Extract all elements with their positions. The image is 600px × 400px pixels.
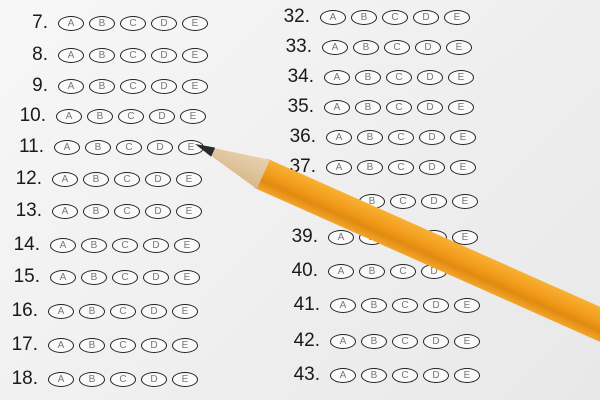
question-row: 32.ABCDE (262, 6, 475, 28)
answer-bubble-e[interactable]: E (450, 160, 476, 175)
answer-bubble-d[interactable]: D (421, 194, 447, 209)
question-number: 39. (270, 226, 318, 248)
question-number: 15. (0, 266, 40, 288)
answer-bubble-b[interactable]: B (83, 204, 109, 219)
answer-bubble-d[interactable]: D (143, 238, 169, 253)
answer-bubble-b[interactable]: B (79, 304, 105, 319)
answer-bubble-d[interactable]: D (145, 204, 171, 219)
answer-bubble-e[interactable]: E (448, 70, 474, 85)
answer-bubble-b[interactable]: B (355, 70, 381, 85)
answer-bubble-c[interactable]: C (390, 194, 416, 209)
answer-bubble-a[interactable]: A (330, 368, 356, 383)
question-row: 35.ABCDE (266, 96, 479, 118)
question-number: 12. (0, 168, 42, 190)
question-row: 42.ABCDE (272, 330, 485, 352)
answer-bubble-c[interactable]: C (384, 40, 410, 55)
answer-bubble-e[interactable]: E (452, 194, 478, 209)
question-number: 34. (266, 66, 314, 88)
answer-bubble-d[interactable]: D (419, 160, 445, 175)
answer-bubble-d[interactable]: D (141, 304, 167, 319)
answer-bubble-b[interactable]: B (89, 79, 115, 94)
answer-bubble-b[interactable]: B (351, 10, 377, 25)
answer-bubble-e[interactable]: E (172, 372, 198, 387)
answer-bubble-d[interactable]: D (413, 10, 439, 25)
question-number: 14. (0, 234, 40, 256)
answer-bubble-c[interactable]: C (392, 368, 418, 383)
answer-bubble-e[interactable]: E (444, 10, 470, 25)
answer-bubble-d[interactable]: D (149, 109, 175, 124)
answer-bubble-d[interactable]: D (151, 48, 177, 63)
answer-bubble-c[interactable]: C (120, 48, 146, 63)
question-number: 18. (0, 368, 38, 390)
answer-bubble-b[interactable]: B (85, 140, 111, 155)
answer-bubble-e[interactable]: E (182, 79, 208, 94)
answer-bubble-e[interactable]: E (174, 238, 200, 253)
question-row: 12.ABCDE (0, 168, 207, 190)
answer-bubble-d[interactable]: D (141, 372, 167, 387)
answer-bubble-e[interactable]: E (180, 109, 206, 124)
answer-bubble-a[interactable]: A (58, 48, 84, 63)
answer-bubble-b[interactable]: B (361, 368, 387, 383)
question-number: 10. (0, 105, 46, 127)
question-number: 43. (272, 364, 320, 386)
answer-bubble-e[interactable]: E (182, 16, 208, 31)
answer-bubble-e[interactable]: E (446, 40, 472, 55)
answer-bubble-e[interactable]: E (454, 334, 480, 349)
answer-bubble-c[interactable]: C (114, 172, 140, 187)
answer-bubble-b[interactable]: B (79, 372, 105, 387)
answer-bubble-c[interactable]: C (382, 10, 408, 25)
answer-bubble-c[interactable]: C (392, 298, 418, 313)
answer-bubble-d[interactable]: D (423, 368, 449, 383)
answer-bubble-a[interactable]: A (330, 298, 356, 313)
question-row: 41.ABCDE (272, 294, 485, 316)
answer-bubble-e[interactable]: E (172, 304, 198, 319)
question-number: 11. (0, 136, 44, 158)
answer-bubble-e[interactable]: E (454, 298, 480, 313)
answer-bubble-d[interactable]: D (141, 338, 167, 353)
answer-bubble-c[interactable]: C (120, 16, 146, 31)
answer-bubble-a[interactable]: A (48, 372, 74, 387)
question-number: 32. (262, 6, 310, 28)
answer-bubble-a[interactable]: A (48, 304, 74, 319)
answer-bubble-e[interactable]: E (176, 172, 202, 187)
question-number: 40. (270, 260, 318, 282)
answer-bubble-b[interactable]: B (357, 160, 383, 175)
answer-bubble-b[interactable]: B (359, 264, 385, 279)
question-row: 15.ABCDE (0, 266, 205, 288)
question-row: 14.ABCDE (0, 234, 205, 256)
question-row: 11.ABCDE (0, 136, 209, 158)
answer-bubble-b[interactable]: B (87, 109, 113, 124)
question-row: 10.ABCDE (0, 105, 211, 127)
answer-bubble-e[interactable]: E (448, 100, 474, 115)
answer-bubble-a[interactable]: A (50, 238, 76, 253)
question-row: 8.ABCDE (0, 44, 213, 66)
question-row: 18.ABCDE (0, 368, 203, 390)
answer-bubble-a[interactable]: A (330, 334, 356, 349)
answer-bubble-a[interactable]: A (326, 160, 352, 175)
answer-bubble-b[interactable]: B (89, 16, 115, 31)
answer-bubble-a[interactable]: A (52, 204, 78, 219)
answer-bubble-a[interactable]: A (50, 270, 76, 285)
answer-bubble-a[interactable]: A (328, 264, 354, 279)
question-number: 16. (0, 300, 38, 322)
answer-bubble-e[interactable]: E (172, 338, 198, 353)
answer-bubble-d[interactable]: D (415, 40, 441, 55)
answer-bubble-c[interactable]: C (118, 109, 144, 124)
answer-bubble-b[interactable]: B (357, 130, 383, 145)
question-row: 9.ABCDE (0, 75, 213, 97)
answer-bubble-b[interactable]: B (83, 172, 109, 187)
question-row: 34.ABCDE (266, 66, 479, 88)
answer-bubble-c[interactable]: C (114, 204, 140, 219)
question-number: 9. (0, 75, 48, 97)
question-number: 36. (268, 126, 316, 148)
answer-bubble-a[interactable]: A (58, 79, 84, 94)
answer-bubble-c[interactable]: C (388, 160, 414, 175)
answer-bubble-b[interactable]: B (81, 238, 107, 253)
pencil-lead (193, 139, 215, 156)
answer-bubble-d[interactable]: D (151, 16, 177, 31)
answer-bubble-c[interactable]: C (390, 264, 416, 279)
question-number: 7. (0, 12, 48, 34)
question-row: 33.ABCDE (264, 36, 477, 58)
question-number: 41. (272, 294, 320, 316)
answer-bubble-b[interactable]: B (79, 338, 105, 353)
answer-bubble-e[interactable]: E (454, 368, 480, 383)
answer-bubble-b[interactable]: B (353, 40, 379, 55)
answer-bubble-b[interactable]: B (81, 270, 107, 285)
answer-bubble-c[interactable]: C (110, 338, 136, 353)
answer-bubble-a[interactable]: A (324, 100, 350, 115)
question-number: 35. (266, 96, 314, 118)
answer-bubble-b[interactable]: B (355, 100, 381, 115)
answer-bubble-a[interactable]: A (320, 10, 346, 25)
answer-bubble-d[interactable]: D (417, 100, 443, 115)
answer-bubble-e[interactable]: E (450, 130, 476, 145)
answer-bubble-a[interactable]: A (328, 230, 354, 245)
answer-bubble-c[interactable]: C (112, 238, 138, 253)
answer-bubble-d[interactable]: D (417, 70, 443, 85)
answer-bubble-d[interactable]: D (423, 298, 449, 313)
answer-bubble-d[interactable]: D (423, 334, 449, 349)
answer-bubble-a[interactable]: A (324, 70, 350, 85)
answer-bubble-c[interactable]: C (116, 140, 142, 155)
question-number: 13. (0, 200, 42, 222)
answer-bubble-a[interactable]: A (48, 338, 74, 353)
question-row: 36.ABCDE (268, 126, 481, 148)
answer-bubble-a[interactable]: A (52, 172, 78, 187)
answer-bubble-d[interactable]: D (143, 270, 169, 285)
answer-bubble-b[interactable]: B (361, 298, 387, 313)
question-number: 8. (0, 44, 48, 66)
answer-bubble-d[interactable]: D (151, 79, 177, 94)
answer-bubble-a[interactable]: A (326, 130, 352, 145)
answer-bubble-a[interactable]: A (58, 16, 84, 31)
answer-bubble-d[interactable]: D (145, 172, 171, 187)
answer-bubble-b[interactable]: B (361, 334, 387, 349)
answer-bubble-b[interactable]: B (89, 48, 115, 63)
question-row: 43.ABCDE (272, 364, 485, 386)
answer-bubble-c[interactable]: C (120, 79, 146, 94)
answer-bubble-a[interactable]: A (54, 140, 80, 155)
question-row: 7.ABCDE (0, 12, 213, 34)
answer-bubble-c[interactable]: C (386, 100, 412, 115)
question-row: 16.ABCDE (0, 300, 203, 322)
answer-bubble-c[interactable]: C (110, 372, 136, 387)
question-number: 17. (0, 334, 38, 356)
answer-bubble-a[interactable]: A (56, 109, 82, 124)
answer-bubble-c[interactable]: C (392, 334, 418, 349)
answer-bubble-c[interactable]: C (110, 304, 136, 319)
answer-bubble-d[interactable]: D (147, 140, 173, 155)
answer-bubble-c[interactable]: C (388, 130, 414, 145)
answer-bubble-e[interactable]: E (174, 270, 200, 285)
answer-bubble-e[interactable]: E (182, 48, 208, 63)
question-number: 33. (264, 36, 312, 58)
question-row: 13.ABCDE (0, 200, 207, 222)
answer-bubble-d[interactable]: D (419, 130, 445, 145)
question-row: 17.ABCDE (0, 334, 203, 356)
answer-bubble-e[interactable]: E (176, 204, 202, 219)
answer-bubble-c[interactable]: C (386, 70, 412, 85)
question-number: 42. (272, 330, 320, 352)
answer-bubble-a[interactable]: A (322, 40, 348, 55)
answer-bubble-c[interactable]: C (112, 270, 138, 285)
